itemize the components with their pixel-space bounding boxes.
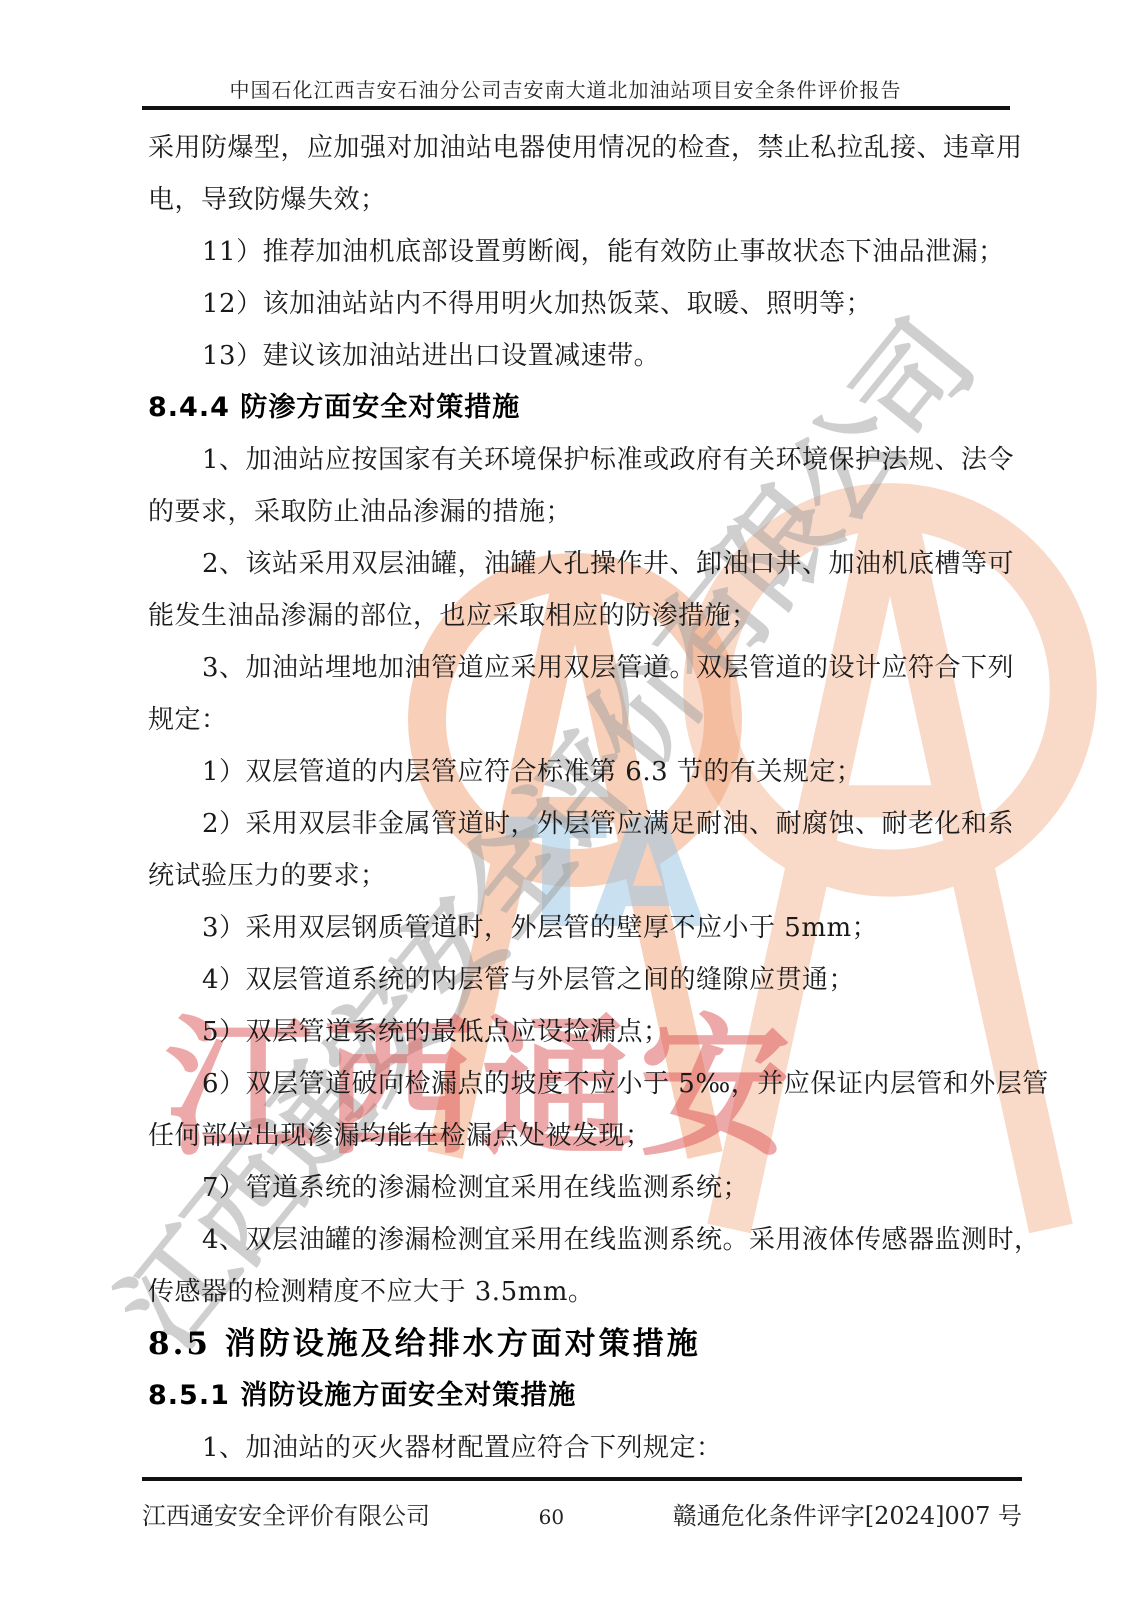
body-line: 11）推荐加油机底部设置剪断阀，能有效防止事故状态下油品泄漏； bbox=[148, 226, 1018, 278]
header-rule bbox=[142, 106, 1010, 110]
footer-page-number: 60 bbox=[539, 1505, 564, 1529]
body-line: 7）管道系统的渗漏检测宜采用在线监测系统； bbox=[148, 1162, 1018, 1214]
body-line: 3、加油站埋地加油管道应采用双层管道。双层管道的设计应符合下列 bbox=[148, 642, 1018, 694]
body-lines: 采用防爆型，应加强对加油站电器使用情况的检查，禁止私拉乱接、违章用电，导致防爆失… bbox=[148, 122, 1018, 1474]
section-heading: 8.5.1 消防设施方面安全对策措施 bbox=[148, 1370, 1018, 1422]
body-line: 电，导致防爆失效； bbox=[148, 174, 1018, 226]
body-line: 1、加油站应按国家有关环境保护标准或政府有关环境保护法规、法令 bbox=[148, 434, 1018, 486]
body-line: 5）双层管道系统的最低点应设捡漏点； bbox=[148, 1006, 1018, 1058]
header-title: 中国石化江西吉安石油分公司吉安南大道北加油站项目安全条件评价报告 bbox=[0, 74, 1131, 103]
body-line: 1）双层管道的内层管应符合标准第 6.3 节的有关规定； bbox=[148, 746, 1018, 798]
body-line: 4）双层管道系统的内层管与外层管之间的缝隙应贯通； bbox=[148, 954, 1018, 1006]
body-line: 规定： bbox=[148, 694, 1018, 746]
body-line: 4、双层油罐的渗漏检测宜采用在线监测系统。采用液体传感器监测时， bbox=[148, 1214, 1018, 1266]
section-heading: 8.4.4 防渗方面安全对策措施 bbox=[148, 382, 1018, 434]
body-line: 任何部位出现渗漏均能在检漏点处被发现； bbox=[148, 1110, 1018, 1162]
document-page: TA 江西通安安全评价有限公司 江西通安 中国石化江西吉安石油分公司吉安南大道北… bbox=[0, 0, 1131, 1600]
body-line: 6）双层管道破向检漏点的坡度不应小于 5‰，并应保证内层管和外层管 bbox=[148, 1058, 1018, 1110]
body-line: 能发生油品渗漏的部位，也应采取相应的防渗措施； bbox=[148, 590, 1018, 642]
body-line: 1、加油站的灭火器材配置应符合下列规定： bbox=[148, 1422, 1018, 1474]
body-line: 2、该站采用双层油罐，油罐人孔操作井、卸油口井、加油机底槽等可 bbox=[148, 538, 1018, 590]
footer-company: 江西通安安全评价有限公司 bbox=[142, 1496, 430, 1531]
body-line: 3）采用双层钢质管道时，外层管的壁厚不应小于 5mm； bbox=[148, 902, 1018, 954]
body-line: 传感器的检测精度不应大于 3.5mm。 bbox=[148, 1266, 1018, 1318]
body-line: 2）采用双层非金属管道时，外层管应满足耐油、耐腐蚀、耐老化和系 bbox=[148, 798, 1018, 850]
footer-rule bbox=[142, 1477, 1022, 1481]
body-line: 13）建议该加油站进出口设置减速带。 bbox=[148, 330, 1018, 382]
body-line: 的要求，采取防止油品渗漏的措施； bbox=[148, 486, 1018, 538]
footer-doc-number: 赣通危化条件评字[2024]007 号 bbox=[673, 1496, 1022, 1531]
body-line: 采用防爆型，应加强对加油站电器使用情况的检查，禁止私拉乱接、违章用 bbox=[148, 122, 1018, 174]
body-line: 统试验压力的要求； bbox=[148, 850, 1018, 902]
body-line: 12）该加油站站内不得用明火加热饭菜、取暖、照明等； bbox=[148, 278, 1018, 330]
section-heading: 8.5 消防设施及给排水方面对策措施 bbox=[148, 1318, 1018, 1370]
footer: 江西通安安全评价有限公司 60 赣通危化条件评字[2024]007 号 bbox=[142, 1496, 1022, 1531]
